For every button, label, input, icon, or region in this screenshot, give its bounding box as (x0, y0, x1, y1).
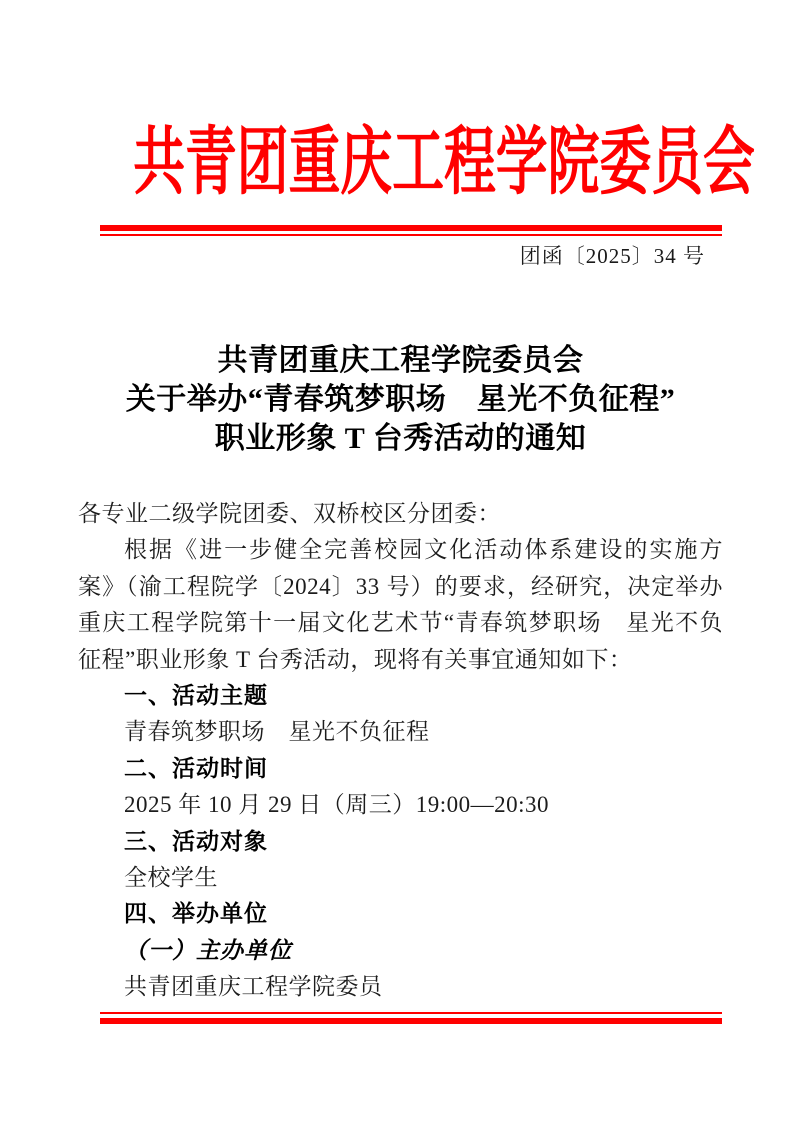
document-page: 共青团重庆工程学院委员会 团函〔2025〕34 号 共青团重庆工程学院委员会 关… (0, 0, 794, 1122)
intro-paragraph: 根据《进一步健全完善校园文化活动体系建设的实施方案》（渝工程院学〔2024〕33… (78, 532, 723, 678)
notice-title-line-2: 关于举办“青春筑梦职场 星光不负征程” (78, 380, 723, 419)
section-heading-time: 二、活动时间 (78, 751, 723, 787)
section-heading-organizer: 四、举办单位 (78, 896, 723, 932)
footer-double-rule (100, 1012, 722, 1024)
notice-title-line-1: 共青团重庆工程学院委员会 (78, 341, 723, 380)
section-heading-theme: 一、活动主题 (78, 678, 723, 714)
section-content-time: 2025 年 10 月 29 日（周三）19:00—20:30 (78, 787, 723, 823)
document-reference-number: 团函〔2025〕34 号 (520, 240, 705, 270)
letterhead-title: 共青团重庆工程学院委员会 (0, 124, 794, 202)
letterhead-title-text: 共青团重庆工程学院委员会 (133, 124, 755, 202)
header-double-rule (100, 225, 722, 236)
section-content-host: 共青团重庆工程学院委员 (78, 969, 723, 1005)
section-content-theme: 青春筑梦职场 星光不负征程 (78, 714, 723, 750)
notice-title-line-3: 职业形象 T 台秀活动的通知 (78, 419, 723, 458)
section-heading-audience: 三、活动对象 (78, 824, 723, 860)
notice-title: 共青团重庆工程学院委员会 关于举办“青春筑梦职场 星光不负征程” 职业形象 T … (78, 341, 723, 458)
section-content-audience: 全校学生 (78, 860, 723, 896)
salutation-line: 各专业二级学院团委、双桥校区分团委： (78, 496, 723, 532)
document-body: 各专业二级学院团委、双桥校区分团委： 根据《进一步健全完善校园文化活动体系建设的… (78, 496, 723, 1006)
subsection-heading-host: （一）主办单位 (78, 933, 723, 969)
